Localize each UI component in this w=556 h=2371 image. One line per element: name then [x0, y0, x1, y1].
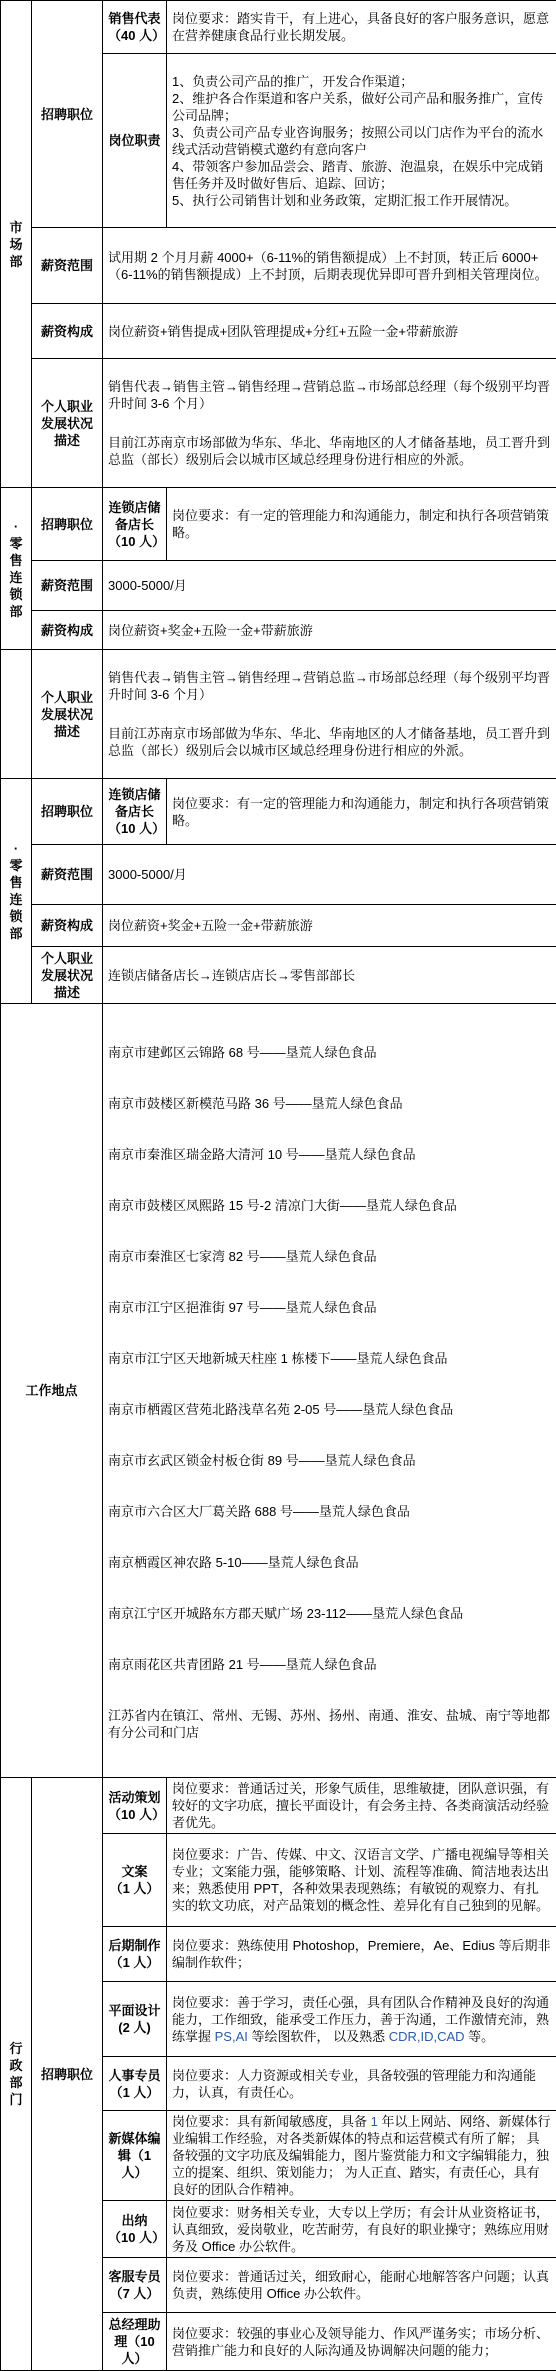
career-development-retail-1: 销售代表→销售主管→销售经理→营销总监→市场部总经理（每个级别平均晋升时间 3-…: [103, 650, 556, 779]
dept-market: 市 场 部: [1, 1, 32, 488]
dept-retail-chain-2: · 零 售 连 锁 部: [1, 779, 32, 1004]
new-media-editor-requirements: 岗位要求：具有新闻敏感度，具备 1 年以上网站、网络、新媒体行业编辑工作经验，对…: [167, 2111, 556, 2201]
label-recruit-positions-retail-1: 招聘职位: [32, 488, 103, 561]
career-development-market: 销售代表→销售主管→销售经理→营销总监→市场部总经理（每个级别平均晋升时间 3-…: [103, 359, 556, 488]
location-item: 南京栖霞区神农路 5-10——垦荒人绿色食品: [108, 1554, 551, 1571]
label-job-duties: 岗位职责: [103, 54, 167, 228]
dept-empty-cell: [1, 650, 32, 779]
position-event-planner: 活动策划 （10 人）: [103, 1778, 167, 1834]
customer-service-requirements: 岗位要求：普通话过关，细致耐心，能耐心地解答客户问题；认真负责，熟练使用 Off…: [167, 2258, 556, 2313]
location-item: 南京市江宁区挹淮街 97 号——垦荒人绿色食品: [108, 1299, 551, 1316]
post-production-requirements: 岗位要求：熟练使用 Photoshop，Premiere，Ae、Edius 等后…: [167, 1927, 556, 1982]
years-number: 1: [371, 2114, 378, 2129]
recruitment-document: 市 场 部 招聘职位 销售代表 （40 人） 岗位要求：踏实肯干，有上进心，具备…: [0, 0, 556, 2371]
salary-range-retail-1: 3000-5000/月: [103, 561, 556, 611]
salary-composition-retail-1: 岗位薪资+奖金+五险一金+带薪旅游: [103, 611, 556, 650]
position-sales-rep: 销售代表 （40 人）: [103, 1, 167, 54]
store-manager-requirements-2: 岗位要求：有一定的管理能力和沟通能力，制定和执行各项营销策略。: [167, 779, 556, 845]
label-work-locations: 工作地点: [1, 1004, 103, 1778]
sales-rep-duties: 1、负责公司产品的推广，开发合作渠道； 2、维护各合作渠道和客户关系，做好公司产…: [167, 54, 556, 228]
salary-composition-retail-2: 岗位薪资+奖金+五险一金+带薪旅游: [103, 905, 556, 947]
dept-retail-chain-1: · 零 售 连 锁 部: [1, 488, 32, 650]
position-new-media-editor: 新媒体编 辑（1 人）: [103, 2111, 167, 2201]
position-hr-specialist: 人事专员 （1 人）: [103, 2057, 167, 2111]
location-item: 南京市江宁区天地新城天柱座 1 栋楼下——垦荒人绿色食品: [108, 1350, 551, 1367]
career-note-retail-1: 目前江苏南京市场部做为华东、华北、华南地区的人才储备基地，员工晋升到总监（部长）…: [108, 725, 551, 759]
label-salary-composition-retail-1: 薪资构成: [32, 611, 103, 650]
location-item: 南京市建邺区云锦路 68 号——垦荒人绿色食品: [108, 1044, 551, 1061]
store-manager-requirements-1: 岗位要求：有一定的管理能力和沟通能力，制定和执行各项营销策略。: [167, 488, 556, 561]
position-customer-service: 客服专员 （7 人）: [103, 2258, 167, 2313]
location-item: 南京市秦淮区瑞金路大清河 10 号——垦荒人绿色食品: [108, 1146, 551, 1163]
label-career-development-retail-1: 个人职业 发展状况 描述: [32, 650, 103, 779]
label-career-development-retail-2: 个人职业 发展状况 描述: [32, 947, 103, 1004]
label-recruit-positions-market: 招聘职位: [32, 1, 103, 228]
location-item: 南京市栖霞区营苑北路浅草名苑 2-05 号——垦荒人绿色食品: [108, 1401, 551, 1418]
salary-range-market: 试用期 2 个月月薪 4000+（6-11%的销售额提成）上不封顶，转正后 60…: [103, 228, 556, 304]
location-item: 南京市六合区大厂葛关路 688 号——垦荒人绿色食品: [108, 1503, 551, 1520]
location-item: 江苏省内在镇江、常州、无锡、苏州、扬州、南通、淮安、盐城、南宁等地都有分公司和门…: [108, 1707, 551, 1741]
location-item: 南京江宁区开城路东方郡天赋广场 23-112——垦荒人绿色食品: [108, 1605, 551, 1622]
label-salary-range-retail-1: 薪资范围: [32, 561, 103, 611]
salary-range-retail-2: 3000-5000/月: [103, 845, 556, 905]
location-item: 南京市秦淮区七家湾 82 号——垦荒人绿色食品: [108, 1248, 551, 1265]
location-item: 南京市玄武区锁金村板仓街 89 号——垦荒人绿色食品: [108, 1452, 551, 1469]
position-cashier: 出纳 （10 人）: [103, 2201, 167, 2258]
location-item: 南京市鼓楼区凤熙路 15 号-2 清凉门大街——垦荒人绿色食品: [108, 1197, 551, 1214]
position-store-manager-trainee-1: 连锁店储 备店长 （10 人）: [103, 488, 167, 561]
req-text: 等绘图软件， 以及熟悉: [248, 2029, 389, 2044]
recruitment-table: 市 场 部 招聘职位 销售代表 （40 人） 岗位要求：踏实肯干，有上进心，具备…: [0, 0, 556, 2371]
career-development-retail-2: 连锁店储备店长→连锁店店长→零售部部长: [103, 947, 556, 1004]
label-recruit-positions-admin: 招聘职位: [32, 1778, 103, 2371]
label-salary-composition-market: 薪资构成: [32, 304, 103, 359]
label-salary-composition-retail-2: 薪资构成: [32, 905, 103, 947]
dept-admin: 行 政 部 门: [1, 1778, 32, 2371]
graphic-designer-requirements: 岗位要求：善于学习，责任心强，具有团队合作精神及良好的沟通能力，工作细致，能承受…: [167, 1982, 556, 2057]
work-locations: 南京市建邺区云锦路 68 号——垦荒人绿色食品 南京市鼓楼区新模范马路 36 号…: [103, 1004, 556, 1778]
req-text: 等。: [465, 2029, 495, 2044]
career-path-retail-1: 销售代表→销售主管→销售经理→营销总监→市场部总经理（每个级别平均晋升时间 3-…: [108, 669, 551, 703]
label-salary-range-market: 薪资范围: [32, 228, 103, 304]
career-path-market: 销售代表→销售主管→销售经理→营销总监→市场部总经理（每个级别平均晋升时间 3-…: [108, 378, 551, 412]
label-recruit-positions-retail-2: 招聘职位: [32, 779, 103, 845]
gm-assistant-requirements: 岗位要求：较强的事业心及领导能力、作风严谨务实；市场分析、营销推广能力和良好的人…: [167, 2313, 556, 2371]
event-planner-requirements: 岗位要求：普通话过关，形象气质佳，思维敏捷，团队意识强，有较好的文字功底，擅长平…: [167, 1778, 556, 1834]
position-copywriter: 文案 （1 人）: [103, 1834, 167, 1927]
position-post-production: 后期制作 （1 人）: [103, 1927, 167, 1982]
career-note-market: 目前江苏南京市场部做为华东、华北、华南地区的人才储备基地，员工晋升到总监（部长）…: [108, 434, 551, 468]
software-tag-cdr-id-cad: CDR,ID,CAD: [389, 2029, 465, 2044]
location-item: 南京雨花区共青团路 21 号——垦荒人绿色食品: [108, 1656, 551, 1673]
cashier-requirements: 岗位要求：财务相关专业，大专以上学历；有会计从业资格证书，认真细致，爱岗敬业，吃…: [167, 2201, 556, 2258]
label-career-development-market: 个人职业 发展状况 描述: [32, 359, 103, 488]
sales-rep-requirements: 岗位要求：踏实肯干，有上进心，具备良好的客户服务意识，愿意在营养健康食品行业长期…: [167, 1, 556, 54]
position-gm-assistant: 总经理助 理（10 人）: [103, 2313, 167, 2371]
location-list: 南京市建邺区云锦路 68 号——垦荒人绿色食品 南京市鼓楼区新模范马路 36 号…: [108, 1023, 551, 1758]
copywriter-requirements: 岗位要求：广告、传媒、中文、汉语言文学、广播电视编导等相关专业；文案能力强，能够…: [167, 1834, 556, 1927]
location-item: 南京市鼓楼区新模范马路 36 号——垦荒人绿色食品: [108, 1095, 551, 1112]
software-tag-ps-ai: PS,AI: [215, 2029, 248, 2044]
req-text: 岗位要求：具有新闻敏感度，具备: [172, 2114, 371, 2129]
hr-specialist-requirements: 岗位要求：人力资源或相关专业，具备较强的管理能力和沟通能力，认真，有责任心。: [167, 2057, 556, 2111]
position-store-manager-trainee-2: 连锁店储 备店长 （10 人）: [103, 779, 167, 845]
salary-composition-market: 岗位薪资+销售提成+团队管理提成+分红+五险一金+带薪旅游: [103, 304, 556, 359]
position-graphic-designer: 平面设计 (2 人): [103, 1982, 167, 2057]
label-salary-range-retail-2: 薪资范围: [32, 845, 103, 905]
